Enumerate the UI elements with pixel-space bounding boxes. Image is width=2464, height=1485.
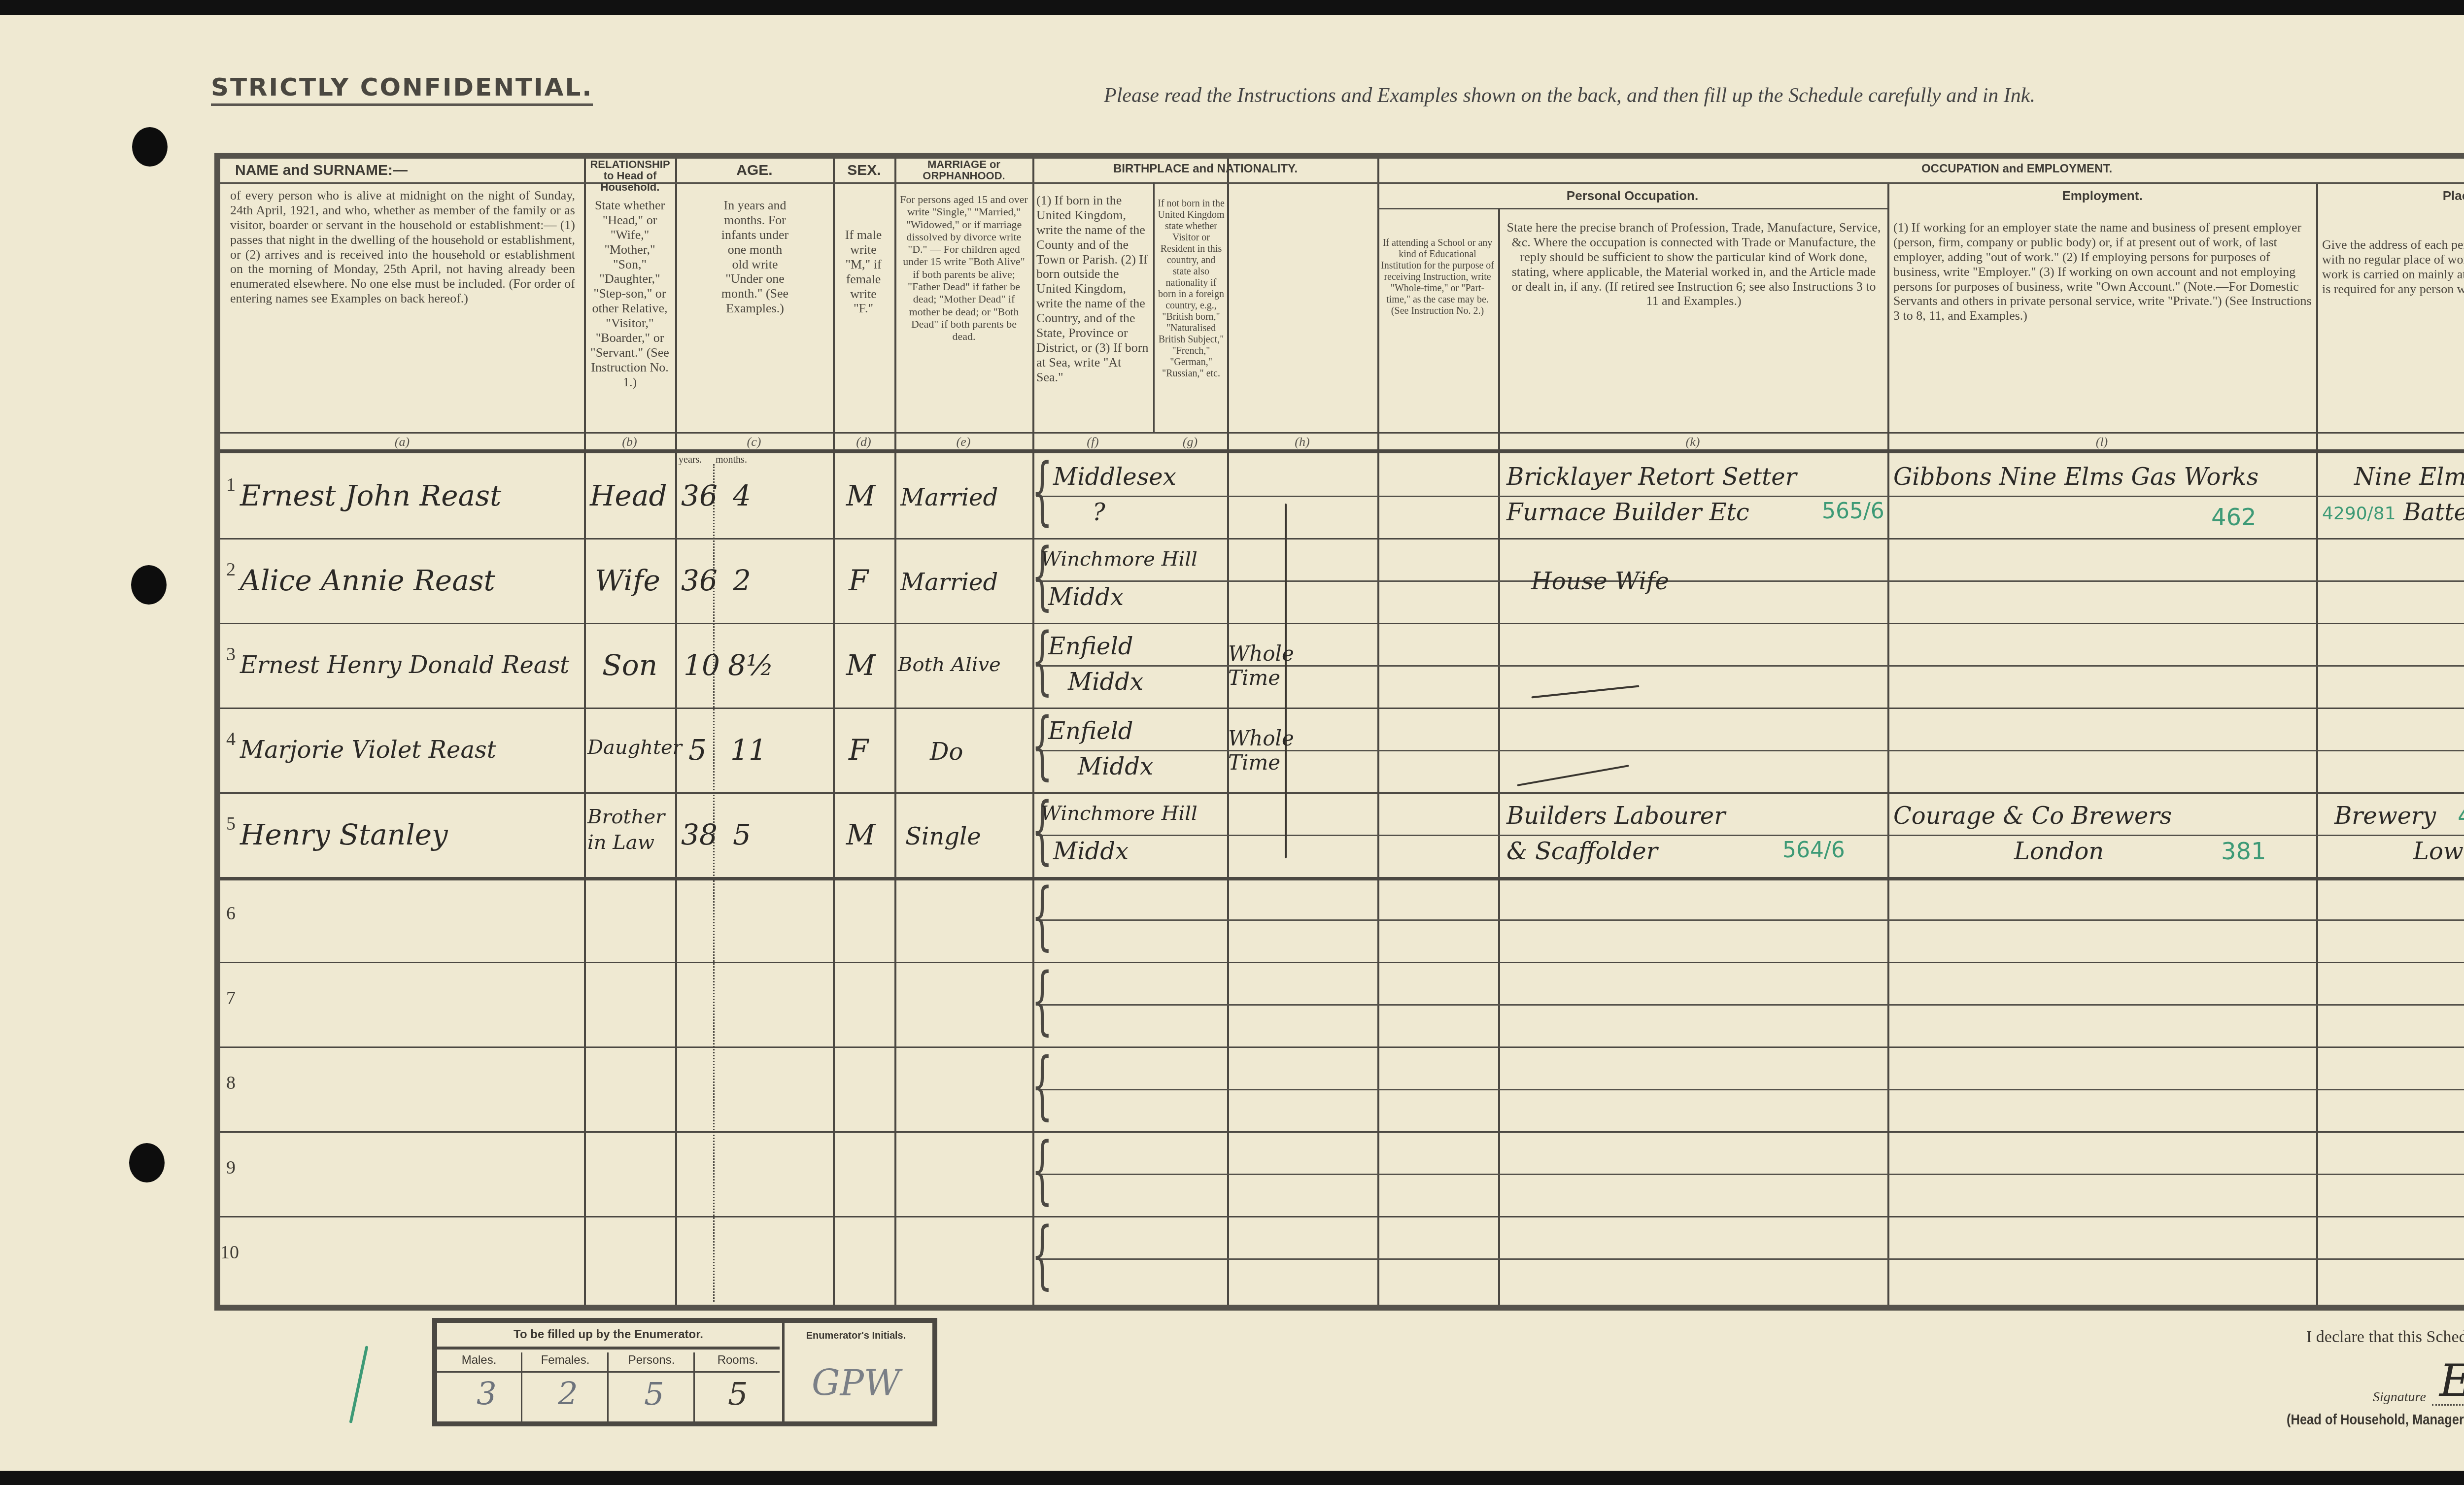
birthplace-cell[interactable]: Middx xyxy=(1053,838,1129,865)
header-rule xyxy=(1377,182,2464,184)
sex-cell[interactable]: F xyxy=(849,564,868,597)
punch-hole-icon xyxy=(129,1143,165,1182)
col-divider xyxy=(1498,208,1500,1305)
sub-row-rule xyxy=(1036,1174,2464,1175)
row-number: 8 xyxy=(226,1072,236,1094)
persons-value[interactable]: 5 xyxy=(644,1376,664,1413)
sex-cell[interactable]: M xyxy=(846,479,875,512)
name-cell[interactable]: Alice Annie Reast xyxy=(240,564,495,597)
relationship-cell[interactable]: Head xyxy=(590,479,667,512)
signature-label: Signature xyxy=(2373,1389,2426,1405)
col-letter-e: (e) xyxy=(894,435,1032,449)
initials-value[interactable]: GPW xyxy=(812,1362,900,1404)
row-number: 2 xyxy=(226,559,236,580)
brace: { xyxy=(1031,1218,1053,1292)
birthplace-cell[interactable]: ? xyxy=(1093,499,1105,526)
header-bottom-rule xyxy=(220,449,2464,453)
workplace-cell[interactable]: Brewery xyxy=(2334,802,2436,830)
ditto-dash xyxy=(1531,685,1639,699)
header-rule xyxy=(220,182,1227,184)
employment-cell[interactable]: Gibbons Nine Elms Gas Works xyxy=(1893,463,2259,491)
sub-row-rule xyxy=(1036,835,2464,836)
desc-place-of-work: Give the address of each person's place … xyxy=(2322,237,2464,297)
brace: { xyxy=(1031,879,1053,953)
col-divider xyxy=(2316,182,2318,1305)
marriage-cell[interactable]: Both Alive xyxy=(898,653,1001,676)
marriage-cell[interactable]: Do xyxy=(930,738,963,766)
sub-row-rule xyxy=(1036,919,2464,921)
enumerator-divider xyxy=(607,1352,609,1421)
confidential-heading: STRICTLY CONFIDENTIAL. xyxy=(211,73,593,106)
sex-cell[interactable]: M xyxy=(846,818,875,851)
occupation-code: 564/6 xyxy=(1782,838,1845,863)
row-divider xyxy=(220,1046,2464,1048)
row-divider xyxy=(220,708,2464,709)
enumerator-box: To be filled up by the Enumerator. Enume… xyxy=(432,1318,937,1426)
age-years-label: years. xyxy=(679,454,702,466)
household-table: NAME and SURNAME:— RELATIONSHIP to Head … xyxy=(214,153,2464,1311)
age-months-cell[interactable]: 2 xyxy=(733,564,751,597)
birthplace-cell[interactable]: Winchmore Hill xyxy=(1041,548,1198,571)
employment-code: 462 xyxy=(2211,504,2257,531)
green-tick-mark xyxy=(349,1346,368,1423)
age-years-cell[interactable]: 36 xyxy=(681,564,718,597)
header-name: NAME and SURNAME:— xyxy=(225,163,590,178)
desc-birthplace: (1) If born in the United Kingdom, write… xyxy=(1036,193,1150,385)
header-birthplace: BIRTHPLACE and NATIONALITY. xyxy=(1033,163,1377,175)
enumerator-divider xyxy=(521,1352,522,1421)
relationship-cell[interactable]: Daughter xyxy=(587,736,682,759)
rooms-value[interactable]: 5 xyxy=(728,1376,748,1413)
punch-hole-icon xyxy=(132,127,168,167)
col-letter-l: (l) xyxy=(1887,435,2316,449)
name-cell[interactable]: Marjorie Violet Reast xyxy=(240,736,496,764)
row-number: 7 xyxy=(226,987,236,1009)
desc-personal-occupation: State here the precise branch of Profess… xyxy=(1506,220,1881,308)
name-cell[interactable]: Henry Stanley xyxy=(240,818,448,851)
relationship-cell[interactable]: Wife xyxy=(595,564,660,597)
desc-age: In years and months. For infants under o… xyxy=(718,198,792,316)
row-divider xyxy=(220,962,2464,963)
row-number: 6 xyxy=(226,903,236,924)
marriage-cell[interactable]: Single xyxy=(905,823,981,850)
education-cell[interactable]: Whole Time xyxy=(1228,641,1302,690)
row-number: 1 xyxy=(226,474,236,496)
enumerator-divider xyxy=(693,1352,695,1421)
fill-instructions: Please read the Instructions and Example… xyxy=(1104,84,2035,107)
enumerator-divider xyxy=(782,1323,785,1421)
name-cell[interactable]: Ernest Henry Donald Reast xyxy=(240,651,569,679)
brace: { xyxy=(1031,964,1053,1038)
signature-value[interactable]: Ernest Reast xyxy=(2439,1355,2464,1407)
males-value[interactable]: 3 xyxy=(477,1376,497,1413)
sub-row-rule xyxy=(1036,496,2464,497)
row-divider xyxy=(220,1131,2464,1133)
employment-cell[interactable]: London xyxy=(2014,838,2104,865)
col-divider xyxy=(1377,159,1379,1305)
row-number: 5 xyxy=(226,813,236,835)
row-divider xyxy=(220,1216,2464,1217)
marriage-cell[interactable]: Married xyxy=(900,484,998,511)
row-number: 3 xyxy=(226,643,236,665)
header-rule xyxy=(1377,208,1887,209)
birthplace-cell[interactable]: Middlesex xyxy=(1053,463,1176,491)
col-divider xyxy=(675,159,677,1305)
punch-hole-icon xyxy=(131,565,167,605)
occupation-cell[interactable]: Bricklayer Retort Setter xyxy=(1506,463,1797,491)
header-relationship: RELATIONSHIP to Head of Household. xyxy=(585,159,675,193)
employment-code: 381 xyxy=(2221,838,2266,865)
birthplace-cell[interactable]: Enfield xyxy=(1048,717,1133,745)
marriage-cell[interactable]: Married xyxy=(900,569,998,596)
desc-employment: (1) If working for an employer state the… xyxy=(1893,220,2312,323)
col-letter-b: (b) xyxy=(584,435,675,449)
enumerator-box-title: To be filled up by the Enumerator. xyxy=(437,1328,780,1342)
row-number: 4 xyxy=(226,728,236,750)
col-letter-a: (a) xyxy=(220,435,584,449)
workplace-code: 4290/81 xyxy=(2322,504,2396,524)
age-years-cell[interactable]: 5 xyxy=(688,733,707,767)
employment-cell[interactable]: Courage & Co Brewers xyxy=(1893,802,2172,830)
sub-row-rule xyxy=(1036,1089,2464,1090)
col-divider xyxy=(1887,182,1889,1305)
birthplace-cell[interactable]: Middx xyxy=(1068,668,1143,696)
males-header: Males. xyxy=(437,1353,521,1367)
desc-nationality: If not born in the United Kingdom state … xyxy=(1157,198,1226,379)
occupation-cell[interactable]: Furnace Builder Etc xyxy=(1506,499,1749,526)
sub-row-rule xyxy=(1036,1004,2464,1006)
occupation-code: 565/6 xyxy=(1822,499,1884,524)
col-letter-c: (c) xyxy=(675,435,833,449)
occupation-cell[interactable]: & Scaffolder xyxy=(1506,838,1658,865)
workplace-code: 4370/10 xyxy=(2458,802,2464,830)
sub-row-rule xyxy=(1036,1258,2464,1260)
col-letter-f: (f) xyxy=(1032,435,1153,449)
rooms-header: Rooms. xyxy=(696,1353,780,1367)
header-sex: SEX. xyxy=(834,163,894,178)
row-divider xyxy=(220,623,2464,624)
workplace-cell[interactable]: Nine Elms Lane xyxy=(2354,463,2464,491)
header-personal-occupation: Personal Occupation. xyxy=(1377,189,1887,202)
header-place-of-work: Place of Work. xyxy=(2317,189,2464,202)
col-letter-d: (d) xyxy=(833,435,894,449)
row-divider xyxy=(220,877,2464,880)
education-cell[interactable]: Whole Time xyxy=(1228,726,1302,775)
desc-marriage: For persons aged 15 and over write "Sing… xyxy=(898,193,1029,343)
header-occupation-group: OCCUPATION and EMPLOYMENT. xyxy=(1377,163,2464,175)
col-letter-k: (k) xyxy=(1498,435,1887,449)
declaration-footnote: (Head of Household, Manager of Establish… xyxy=(2287,1412,2464,1428)
desc-education: If attending a School or any kind of Edu… xyxy=(1379,237,1496,317)
name-cell[interactable]: Ernest John Reast xyxy=(240,479,501,512)
desc-name: of every person who is alive at midnight… xyxy=(230,188,575,306)
brace: { xyxy=(1031,1048,1053,1122)
brace: { xyxy=(1031,454,1053,528)
desc-sex: If male write "M," if female write "F." xyxy=(839,228,888,316)
age-months-cell[interactable]: 8½ xyxy=(728,648,774,682)
females-header: Females. xyxy=(523,1353,607,1367)
row-number: 10 xyxy=(220,1242,239,1263)
age-months-cell[interactable]: 5 xyxy=(733,818,751,851)
col-divider xyxy=(1153,182,1155,434)
header-rule xyxy=(220,432,2464,434)
persons-header: Persons. xyxy=(610,1353,693,1367)
header-rule xyxy=(1227,182,1377,184)
brace: { xyxy=(1031,1133,1053,1207)
birthplace-cell[interactable]: Enfield xyxy=(1048,633,1133,660)
row-divider xyxy=(220,538,2464,540)
sex-cell[interactable]: F xyxy=(849,733,868,767)
col-divider xyxy=(584,159,586,1305)
enumerator-rule xyxy=(437,1371,780,1373)
census-schedule-page: STRICTLY CONFIDENTIAL. Please read the I… xyxy=(0,15,2464,1471)
header-marriage: MARRIAGE or ORPHANHOOD. xyxy=(895,159,1032,181)
col-letter-h: (h) xyxy=(1227,435,1377,449)
relationship-cell[interactable]: Son xyxy=(602,648,657,682)
workplace-cell[interactable]: Lower Bridge xyxy=(2413,838,2464,865)
sex-cell[interactable]: M xyxy=(846,648,875,682)
age-months-cell[interactable]: 11 xyxy=(730,733,767,767)
initials-label: Enumerator's Initials. xyxy=(787,1330,925,1342)
relationship-cell[interactable]: Brother in Law xyxy=(587,804,676,855)
birthplace-cell[interactable]: Middx xyxy=(1078,753,1153,780)
col-letter-g: (g) xyxy=(1153,435,1227,449)
females-value[interactable]: 2 xyxy=(558,1376,578,1413)
row-divider xyxy=(220,792,2464,794)
declaration-text: I declare that this Schedule is correctl… xyxy=(2306,1328,2464,1347)
ditto-dash xyxy=(1517,765,1629,786)
age-months-label: months. xyxy=(716,454,747,466)
birthplace-cell[interactable]: Middx xyxy=(1048,583,1124,611)
col-letter-m: (m) xyxy=(2316,435,2464,449)
occupation-cell[interactable]: Builders Labourer xyxy=(1506,802,1725,830)
desc-relationship: State whether "Head," or "Wife," "Mother… xyxy=(588,198,672,390)
workplace-cell[interactable]: Battersea xyxy=(2403,499,2464,526)
col-divider xyxy=(833,159,835,1305)
sub-row-rule xyxy=(1036,580,2464,582)
header-age: AGE. xyxy=(676,163,833,178)
age-months-cell[interactable]: 4 xyxy=(733,479,751,512)
row-number: 9 xyxy=(226,1157,236,1179)
enumerator-rule xyxy=(437,1347,780,1350)
age-years-cell[interactable]: 10 xyxy=(684,648,720,682)
header-employment: Employment. xyxy=(1888,189,2316,202)
col-divider xyxy=(894,159,896,1305)
age-years-cell[interactable]: 38 xyxy=(681,818,718,851)
birthplace-cell[interactable]: Winchmore Hill xyxy=(1041,802,1198,825)
age-years-cell[interactable]: 36 xyxy=(681,479,718,512)
occupation-cell[interactable]: House Wife xyxy=(1531,568,1669,595)
